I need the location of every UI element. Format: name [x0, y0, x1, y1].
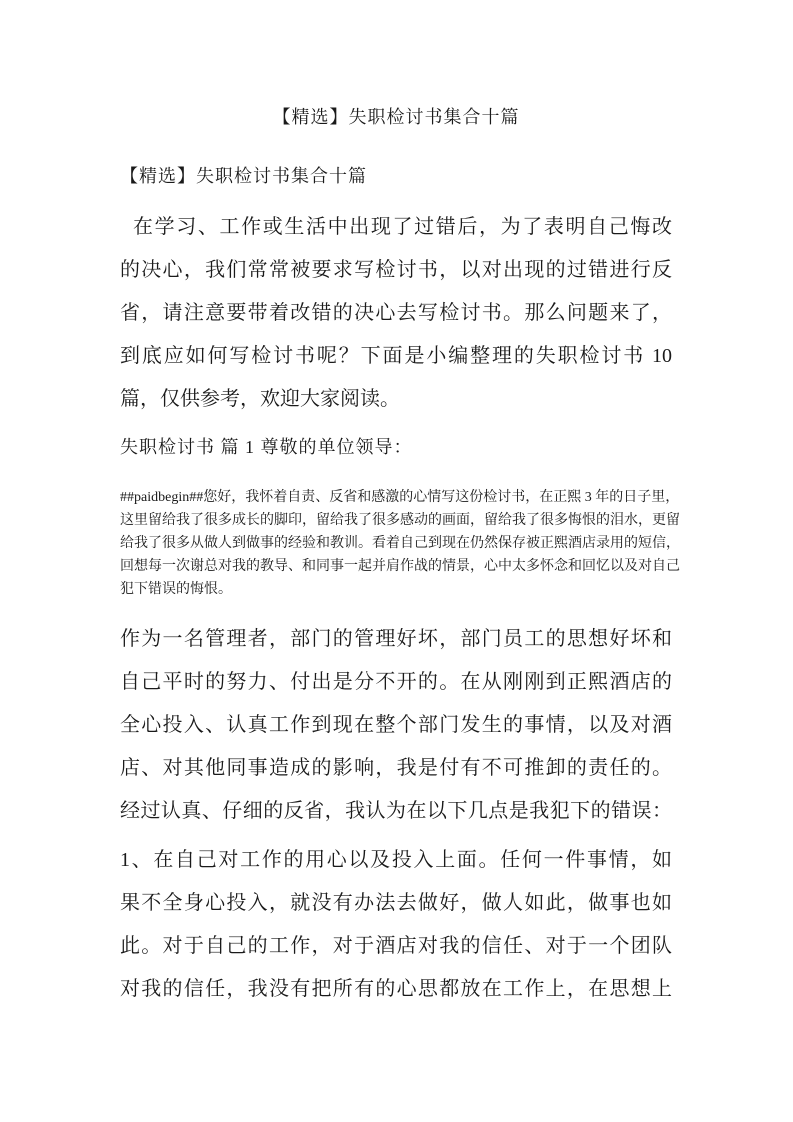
paragraph-line: 在学习、工作或生活中出现了过错后，为了表明自己悔改	[120, 206, 672, 249]
paragraph-line: 篇，仅供参考，欢迎大家阅读。	[120, 378, 672, 421]
paragraph-line: 自己平时的努力、付出是分不开的。在从刚刚到正熙酒店的	[120, 661, 672, 704]
paid-paragraph: ##paidbegin##您好，我怀着自责、反省和感激的心情写这份检讨书，在正熙…	[120, 486, 672, 601]
intro-paragraph: 在学习、工作或生活中出现了过错后，为了表明自己悔改 的决心，我们常常被要求写检讨…	[120, 206, 672, 421]
paragraph-line: 对我的信任，我没有把所有的心思都放在工作上，在思想上	[120, 968, 672, 1011]
section-heading: 失职检讨书 篇 1 尊敬的单位领导：	[120, 434, 672, 460]
paragraph-line: 1、在自己对工作的用心以及投入上面。任何一件事情，如	[120, 839, 672, 882]
paragraph-line: 到底应如何写检讨书呢？下面是小编整理的失职检讨书 10	[120, 335, 672, 378]
paragraph-line: 的决心，我们常常被要求写检讨书，以对出现的过错进行反	[120, 249, 672, 292]
paragraph-line: 省，请注意要带着改错的决心去写检讨书。那么问题来了，	[120, 292, 672, 335]
paragraph-line: 给我了很多从做人到做事的经验和教训。看着自己到现在仍然保存被正熙酒店录用的短信，	[120, 532, 672, 555]
paragraph-line: 犯下错误的悔恨。	[120, 578, 672, 601]
document-heading: 【精选】失职检讨书集合十篇	[120, 163, 672, 190]
paragraph-line: 果不全身心投入，就没有办法去做好，做人如此，做事也如	[120, 882, 672, 925]
paragraph-line: 作为一名管理者，部门的管理好坏，部门员工的思想好坏和	[120, 618, 672, 661]
document-content: 【精选】失职检讨书集合十篇 【精选】失职检讨书集合十篇 在学习、工作或生活中出现…	[120, 104, 672, 1011]
paragraph-line: 店、对其他同事造成的影响，我是付有不可推卸的责任的。	[120, 747, 672, 790]
body-paragraph: 作为一名管理者，部门的管理好坏，部门员工的思想好坏和 自己平时的努力、付出是分不…	[120, 618, 672, 833]
body-paragraph: 1、在自己对工作的用心以及投入上面。任何一件事情，如 果不全身心投入，就没有办法…	[120, 839, 672, 1011]
paragraph-line: ##paidbegin##您好，我怀着自责、反省和感激的心情写这份检讨书，在正熙…	[120, 486, 672, 509]
document-page: 【精选】失职检讨书集合十篇 【精选】失职检讨书集合十篇 在学习、工作或生活中出现…	[0, 0, 793, 1122]
document-title: 【精选】失职检讨书集合十篇	[120, 104, 672, 130]
paragraph-line: 回想每一次谢总对我的教导、和同事一起并肩作战的情景，心中太多怀念和回忆以及对自己	[120, 555, 672, 578]
paragraph-line: 此。对于自己的工作，对于酒店对我的信任、对于一个团队	[120, 925, 672, 968]
paragraph-line: 经过认真、仔细的反省，我认为在以下几点是我犯下的错误：	[120, 790, 672, 833]
paragraph-line: 全心投入、认真工作到现在整个部门发生的事情，以及对酒	[120, 704, 672, 747]
paragraph-line: 这里留给我了很多成长的脚印，留给我了很多感动的画面，留给我了很多悔恨的泪水，更留	[120, 509, 672, 532]
